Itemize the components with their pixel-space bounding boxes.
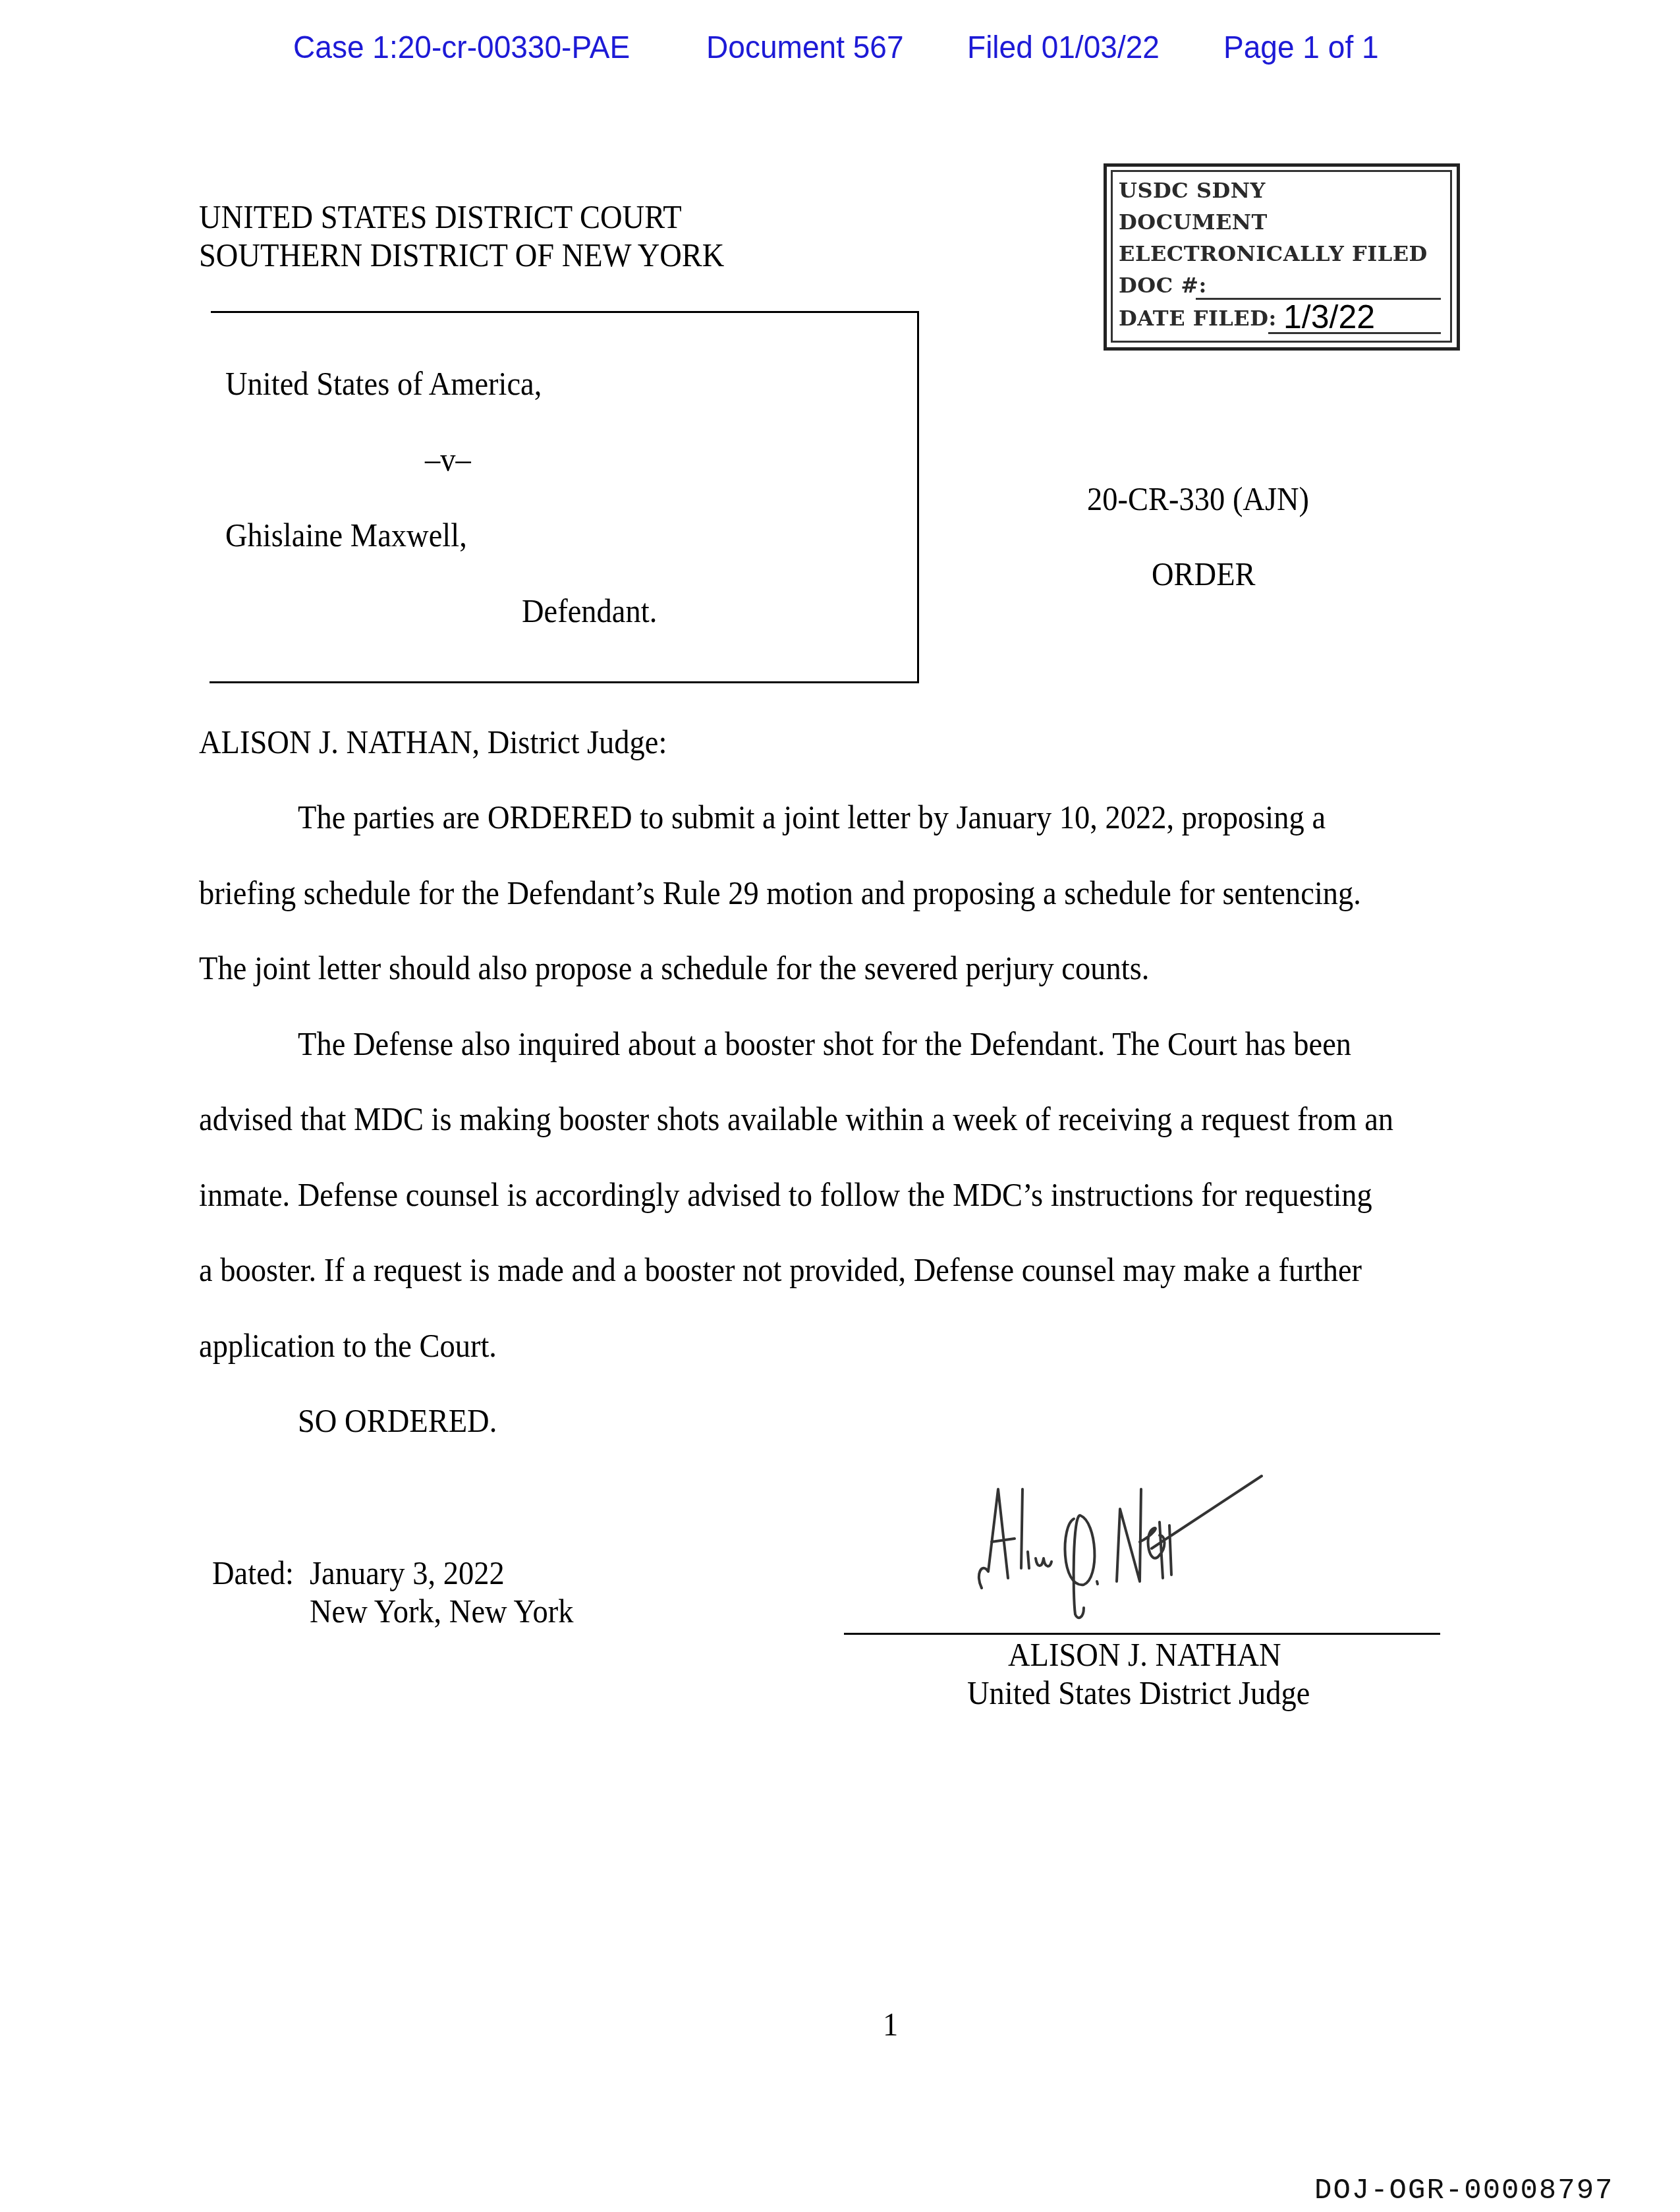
stamp-date-label: DATE FILED: [1119, 306, 1277, 331]
body-line: briefing schedule for the Defendant’s Ru… [199, 874, 1361, 912]
signature-line [844, 1633, 1440, 1635]
body-line: a booster. If a request is made and a bo… [199, 1251, 1362, 1289]
stamp-date-rule [1268, 332, 1441, 334]
caption-top-rule [211, 311, 919, 313]
stamp-doc-label: DOC #: [1119, 273, 1207, 298]
so-ordered: SO ORDERED. [298, 1402, 497, 1440]
signer-name: ALISON J. NATHAN [1008, 1635, 1281, 1674]
caption-defendant-name: Ghislaine Maxwell, [225, 516, 467, 554]
ecf-filed-date: Filed 01/03/22 [967, 29, 1160, 66]
court-name-line1: UNITED STATES DISTRICT COURT [199, 198, 682, 236]
stamp-line-document: DOCUMENT [1119, 210, 1268, 235]
caption-right-rule [917, 311, 919, 683]
case-number: 20-CR-330 (AJN) [1087, 480, 1309, 518]
caption-versus: –v– [425, 440, 471, 478]
caption-plaintiff: United States of America, [225, 364, 542, 403]
body-line: inmate. Defense counsel is accordingly a… [199, 1176, 1372, 1214]
document-title: ORDER [1152, 555, 1256, 593]
stamp-line-electronically-filed: ELECTRONICALLY FILED [1119, 241, 1428, 266]
bates-number: DOJ-OGR-00008797 [1314, 2174, 1613, 2207]
ecf-case-number: Case 1:20-cr-00330-PAE [293, 29, 630, 66]
body-line: The Defense also inquired about a booste… [298, 1025, 1351, 1063]
caption-bottom-rule [210, 681, 919, 683]
body-line: advised that MDC is making booster shots… [199, 1100, 1393, 1138]
ecf-page-count: Page 1 of 1 [1223, 29, 1379, 66]
dated-place: New York, New York [310, 1592, 573, 1630]
stamp-line-usdc: USDC SDNY [1119, 178, 1266, 203]
stamp-date-value: 1/3/22 [1283, 298, 1375, 336]
court-name-line2: SOUTHERN DISTRICT OF NEW YORK [199, 236, 724, 274]
caption-defendant-role: Defendant. [522, 592, 657, 630]
body-line: The parties are ORDERED to submit a join… [298, 798, 1326, 836]
ecf-document-number: Document 567 [706, 29, 904, 66]
signer-title: United States District Judge [967, 1674, 1310, 1712]
handwritten-signature [962, 1463, 1331, 1621]
judge-intro: ALISON J. NATHAN, District Judge: [199, 723, 667, 761]
page-number: 1 [883, 2005, 898, 2043]
dated-label: Dated: [212, 1554, 294, 1592]
body-line: The joint letter should also propose a s… [199, 949, 1149, 987]
body-line: application to the Court. [199, 1326, 497, 1365]
dated-date: January 3, 2022 [310, 1554, 505, 1592]
